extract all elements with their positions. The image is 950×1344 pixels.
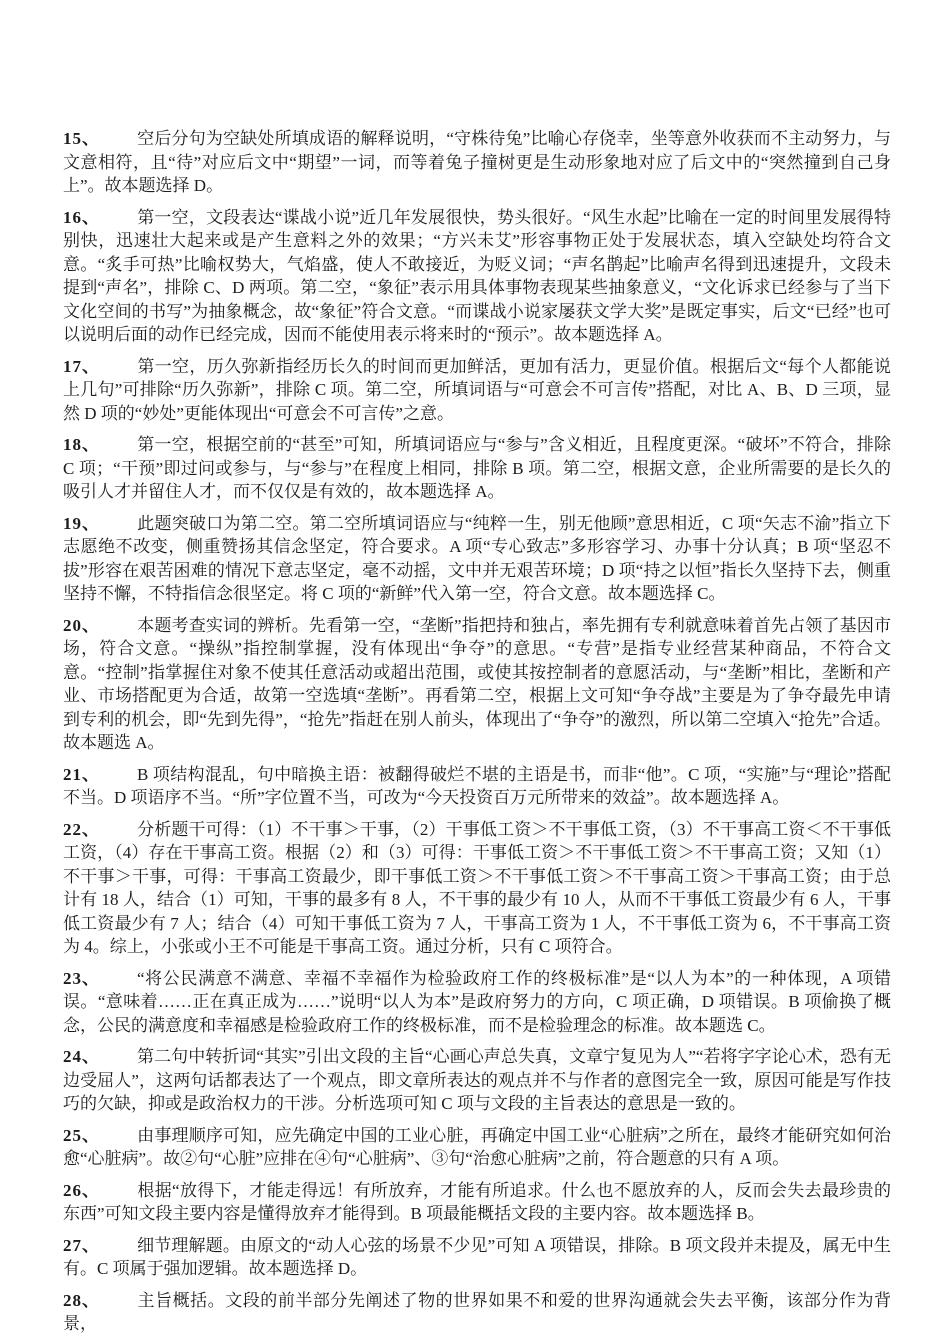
item-number: 26、	[63, 1179, 137, 1203]
item-number: 18、	[63, 433, 137, 457]
item-number: 19、	[63, 512, 137, 536]
item-number: 22、	[63, 818, 137, 842]
answer-item-23: 23、“将公民满意不满意、幸福不幸福作为检验政府工作的终极标准”是“以人为本”的…	[63, 967, 891, 1038]
item-number: 15、	[63, 127, 137, 151]
item-text: 分析题干可得：（1）不干事＞干事，（2）干事低工资＞不干事低工资，（3）不干事高…	[63, 820, 891, 957]
answer-item-21: 21、B 项结构混乱，句中暗换主语：被翻得破烂不堪的主语是书，而非“他”。C 项…	[63, 763, 891, 810]
answer-item-25: 25、由事理顺序可知，应先确定中国的工业心脏，再确定中国工业“心脏病”之所在，最…	[63, 1124, 891, 1171]
answer-item-28: 28、主旨概括。文段的前半部分先阐述了物的世界如果不和爱的世界沟通就会失去平衡，…	[63, 1289, 891, 1336]
item-text: 第一空，根据空前的“甚至”可知，所填词语应与“参与”含义相近，且程度更深。“破坏…	[63, 435, 891, 501]
item-number: 23、	[63, 967, 137, 991]
answer-item-17: 17、第一空，历久弥新指经历长久的时间而更加鲜活，更加有活力，更显价值。根据后文…	[63, 355, 891, 426]
item-number: 20、	[63, 614, 137, 638]
item-number: 16、	[63, 206, 137, 230]
item-text: 主旨概括。文段的前半部分先阐述了物的世界如果不和爱的世界沟通就会失去平衡，该部分…	[63, 1291, 891, 1334]
item-text: 第二句中转折词“其实”引出文段的主旨“心画心声总失真，文章宁复见为人”“若将字字…	[63, 1047, 891, 1113]
item-text: B 项结构混乱，句中暗换主语：被翻得破烂不堪的主语是书，而非“他”。C 项，“实…	[63, 765, 891, 808]
answer-item-15: 15、空后分句为空缺处所填成语的解释说明，“守株待兔”比喻心存侥幸，坐等意外收获…	[63, 127, 891, 198]
item-number: 24、	[63, 1045, 137, 1069]
answer-item-20: 20、本题考查实词的辨析。先看第一空，“垄断”指把持和独占，率先拥有专利就意味着…	[63, 614, 891, 755]
item-number: 25、	[63, 1124, 137, 1148]
item-text: “将公民满意不满意、幸福不幸福作为检验政府工作的终极标准”是“以人为本”的一种体…	[63, 969, 891, 1035]
item-number: 27、	[63, 1234, 137, 1258]
item-text: 空后分句为空缺处所填成语的解释说明，“守株待兔”比喻心存侥幸，坐等意外收获而不主…	[63, 129, 891, 195]
answer-item-18: 18、第一空，根据空前的“甚至”可知，所填词语应与“参与”含义相近，且程度更深。…	[63, 433, 891, 504]
item-text: 由事理顺序可知，应先确定中国的工业心脏，再确定中国工业“心脏病”之所在，最终才能…	[63, 1126, 891, 1169]
item-number: 17、	[63, 355, 137, 379]
answer-item-24: 24、第二句中转折词“其实”引出文段的主旨“心画心声总失真，文章宁复见为人”“若…	[63, 1045, 891, 1116]
item-number: 21、	[63, 763, 137, 787]
answer-item-26: 26、根据“放得下，才能走得远！有所放弃，才能有所追求。什么也不愿放弃的人，反而…	[63, 1179, 891, 1226]
item-text: 第一空，文段表达“谍战小说”近几年发展很快，势头很好。“风生水起”比喻在一定的时…	[63, 208, 891, 345]
answer-item-22: 22、分析题干可得：（1）不干事＞干事，（2）干事低工资＞不干事低工资，（3）不…	[63, 818, 891, 959]
item-text: 细节理解题。由原文的“动人心弦的场景不少见”可知 A 项错误，排除。B 项文段并…	[63, 1236, 891, 1279]
answer-item-19: 19、此题突破口为第二空。第二空所填词语应与“纯粹一生，别无他顾”意思相近，C …	[63, 512, 891, 606]
item-number: 28、	[63, 1289, 137, 1313]
answer-item-16: 16、第一空，文段表达“谍战小说”近几年发展很快，势头很好。“风生水起”比喻在一…	[63, 206, 891, 347]
item-text: 本题考查实词的辨析。先看第一空，“垄断”指把持和独占，率先拥有专利就意味着首先占…	[63, 616, 891, 753]
item-text: 此题突破口为第二空。第二空所填词语应与“纯粹一生，别无他顾”意思相近，C 项“矢…	[63, 514, 891, 604]
item-text: 根据“放得下，才能走得远！有所放弃，才能有所追求。什么也不愿放弃的人，反而会失去…	[63, 1181, 891, 1224]
answer-explanations: 15、空后分句为空缺处所填成语的解释说明，“守株待兔”比喻心存侥幸，坐等意外收获…	[63, 127, 891, 1344]
answer-item-27: 27、细节理解题。由原文的“动人心弦的场景不少见”可知 A 项错误，排除。B 项…	[63, 1234, 891, 1281]
document-page: 15、空后分句为空缺处所填成语的解释说明，“守株待兔”比喻心存侥幸，坐等意外收获…	[0, 0, 950, 1344]
item-text: 第一空，历久弥新指经历长久的时间而更加鲜活，更加有活力，更显价值。根据后文“每个…	[63, 357, 891, 423]
